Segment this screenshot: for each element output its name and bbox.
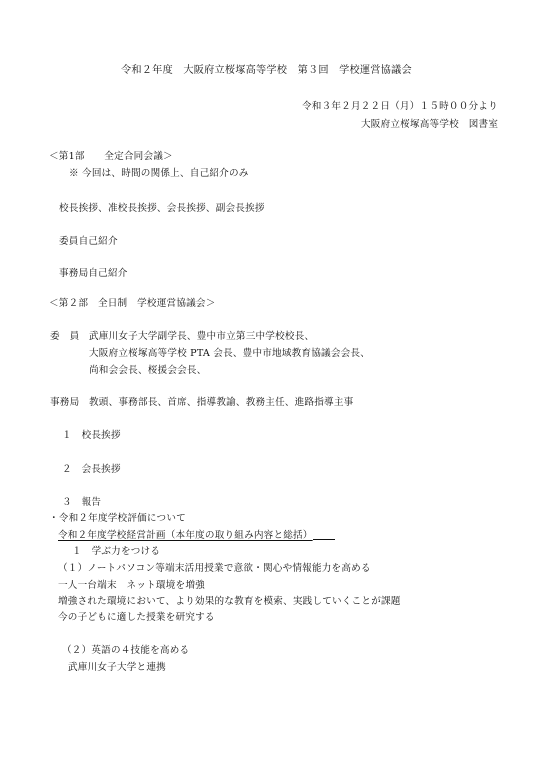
date-line: 令和３年２月２２日（月）１５時００分より: [302, 101, 498, 113]
part1-item: 事務局自己紹介: [59, 268, 128, 280]
section1-heading: １ 学ぶ力をつける: [72, 546, 160, 558]
part1-note: ※ 今回は、時間の関係上、自己紹介のみ: [69, 168, 249, 180]
members-label: 委 員: [50, 331, 79, 343]
members-line: 大阪府立桜塚高等学校 PTA 会長、豊中市地域教育協議会会長、: [89, 348, 370, 360]
part1-item: 委員自己紹介: [59, 236, 118, 248]
agenda-item: ２ 会長挨拶: [62, 464, 121, 476]
sub1-heading: （１）ノートパソコン等端末活用授業で意欲・関心や情報能力を高める: [58, 563, 371, 575]
venue-line: 大阪府立桜塚高等学校 図書室: [361, 119, 498, 131]
agenda-item: １ 校長挨拶: [62, 430, 121, 442]
sub2-heading: （２）英語の４技能を高める: [62, 645, 189, 657]
part1-heading: ＜第1部 全定合同会議＞: [49, 151, 173, 163]
sub1-line: 増強された環境において、より効果的な教育を模索、実践していくことが課題: [58, 596, 401, 608]
agenda-item: ３ 報告: [62, 497, 101, 509]
sub2-line: 武庫川女子大学と連携: [68, 662, 166, 674]
secretariat-text: 教頭、事務部長、首席、指導教諭、教務主任、進路指導主事: [89, 397, 353, 409]
plan-title: 令和２年度学校経営計画（本年度の取り組み内容と総括）: [58, 530, 335, 542]
report-bullet: ・令和２年度学校評価について: [49, 513, 186, 525]
members-line: 武庫川女子大学副学長、豊中市立第三中学校校長、: [89, 331, 314, 343]
underline-extension: [313, 530, 335, 540]
sub1-line: 一人一台端末 ネット環境を増強: [58, 580, 205, 592]
part2-heading: ＜第２部 全日制 学校運営協議会＞: [49, 298, 216, 310]
part1-item: 校長挨拶、准校長挨拶、会長挨拶、副会長挨拶: [59, 203, 265, 215]
sub1-line: 今の子どもに適した授業を研究する: [58, 612, 215, 624]
plan-title-text: 令和２年度学校経営計画（本年度の取り組み内容と総括）: [58, 530, 313, 541]
document-title: 令和２年度 大阪府立桜塚高等学校 第３回 学校運営協議会: [121, 65, 412, 77]
members-line: 尚和会会長、桜援会会長、: [89, 365, 207, 377]
secretariat-label: 事務局: [50, 397, 79, 409]
